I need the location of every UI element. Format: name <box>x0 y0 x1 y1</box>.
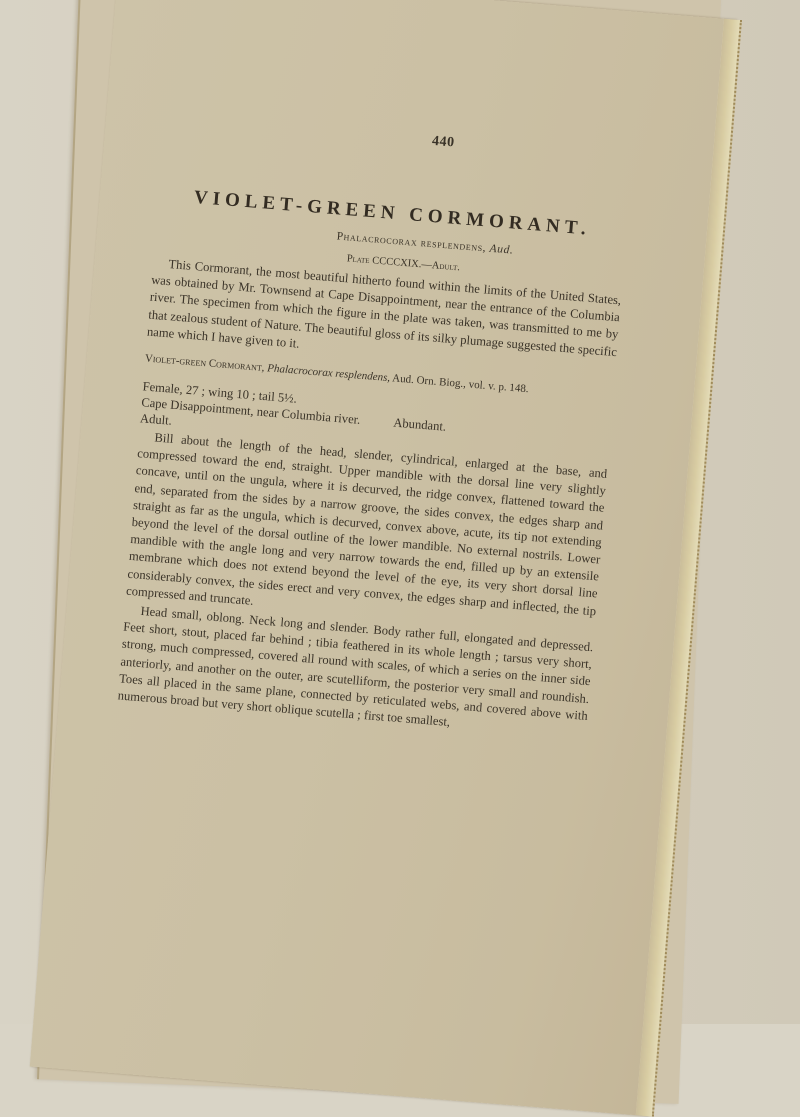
species-authority: Aud. <box>489 243 514 257</box>
abundance: Abundant. <box>393 416 447 434</box>
page-content: 440 VIOLET-GREEN CORMORANT. Phalacrocora… <box>117 112 633 742</box>
book-page: 440 VIOLET-GREEN CORMORANT. Phalacrocora… <box>30 0 736 1024</box>
synonym-reference: Aud. Orn. Biog., vol. v. p. 148. <box>392 372 529 395</box>
bill-description: Bill about the length of the head, slend… <box>126 428 608 637</box>
page-number: 440 <box>253 119 633 165</box>
synonym-common-name: Violet-green Cormorant, <box>144 352 265 374</box>
scientific-name: Phalacrocorax resplendens, <box>336 230 486 254</box>
synonym-latin-name: Phalacrocorax resplendens, <box>267 362 391 384</box>
